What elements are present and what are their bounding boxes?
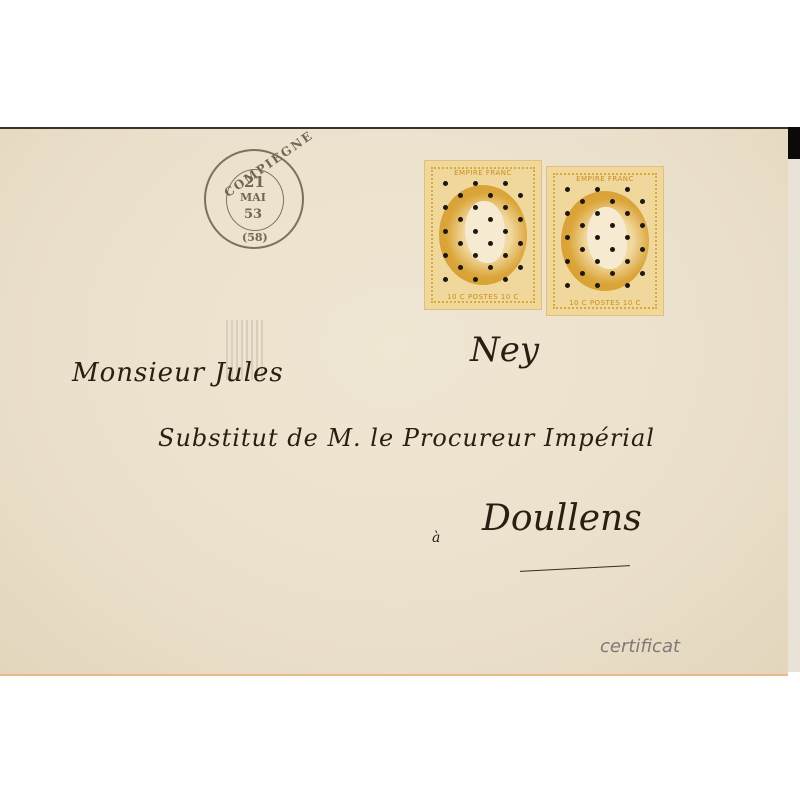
cancel-dot bbox=[458, 193, 463, 198]
cancel-dot bbox=[625, 187, 630, 192]
address-name: Ney bbox=[470, 330, 539, 370]
cancel-dot bbox=[595, 283, 600, 288]
cancel-dot bbox=[580, 199, 585, 204]
cancel-dot bbox=[640, 271, 645, 276]
cancel-dot bbox=[580, 223, 585, 228]
dotted-cancel bbox=[547, 167, 663, 315]
cancel-dot bbox=[443, 229, 448, 234]
cancel-dot bbox=[473, 205, 478, 210]
pencil-note: certificat bbox=[600, 636, 680, 657]
cancel-dot bbox=[640, 199, 645, 204]
cancel-dot bbox=[503, 181, 508, 186]
cancel-dot bbox=[640, 223, 645, 228]
cancel-dot bbox=[443, 181, 448, 186]
cancel-dot bbox=[458, 217, 463, 222]
cancel-dot bbox=[488, 217, 493, 222]
stamp: EMPIRE FRANC 10 C POSTES 10 C bbox=[424, 160, 542, 310]
cancel-dot bbox=[580, 271, 585, 276]
cancel-dot bbox=[610, 271, 615, 276]
address-line-1: Monsieur Jules bbox=[72, 358, 284, 388]
cancel-dot bbox=[565, 235, 570, 240]
postmark-day: 21 bbox=[244, 173, 265, 191]
cancel-dot bbox=[595, 187, 600, 192]
cancel-dot bbox=[610, 199, 615, 204]
cancel-dot bbox=[503, 253, 508, 258]
cancel-dot bbox=[458, 241, 463, 246]
cancel-dot bbox=[473, 181, 478, 186]
cancel-dot bbox=[473, 277, 478, 282]
background-corner bbox=[788, 127, 800, 159]
cancel-dot bbox=[565, 259, 570, 264]
cancel-dot bbox=[595, 211, 600, 216]
dotted-cancel bbox=[425, 161, 541, 309]
cancel-dot bbox=[488, 193, 493, 198]
address-prefix: à bbox=[432, 530, 440, 546]
cancel-dot bbox=[488, 265, 493, 270]
cancel-dot bbox=[595, 235, 600, 240]
cancel-dot bbox=[443, 205, 448, 210]
cancel-dot bbox=[625, 235, 630, 240]
cancel-dot bbox=[565, 283, 570, 288]
envelope-edge bbox=[788, 127, 800, 672]
cancel-dot bbox=[503, 205, 508, 210]
address-line-2: Substitut de M. le Procureur Impérial bbox=[158, 424, 655, 452]
cancel-dot bbox=[443, 253, 448, 258]
postmark-dept: (58) bbox=[242, 231, 268, 244]
cancel-dot bbox=[503, 277, 508, 282]
cancel-dot bbox=[473, 229, 478, 234]
cancel-dot bbox=[473, 253, 478, 258]
stamp-pair: EMPIRE FRANC 10 C POSTES 10 C EMPIRE FRA… bbox=[424, 160, 668, 310]
cancel-dot bbox=[625, 283, 630, 288]
cancel-dot bbox=[580, 247, 585, 252]
envelope bbox=[0, 127, 788, 676]
cancel-dot bbox=[518, 193, 523, 198]
address-city: Doullens bbox=[482, 498, 642, 539]
cancel-dot bbox=[565, 187, 570, 192]
cancel-dot bbox=[518, 217, 523, 222]
cancel-dot bbox=[625, 259, 630, 264]
cancel-dot bbox=[488, 241, 493, 246]
cancel-dot bbox=[443, 277, 448, 282]
cancel-dot bbox=[565, 211, 570, 216]
cancel-dot bbox=[518, 265, 523, 270]
cancel-dot bbox=[518, 241, 523, 246]
stamp: EMPIRE FRANC 10 C POSTES 10 C bbox=[546, 166, 664, 316]
cancel-dot bbox=[595, 259, 600, 264]
postmark-cancel: COMPIEGNE 21 MAI 53 (58) bbox=[204, 149, 304, 249]
postmark-month: MAI bbox=[240, 191, 266, 204]
cancel-dot bbox=[625, 211, 630, 216]
cancel-dot bbox=[458, 265, 463, 270]
cancel-dot bbox=[640, 247, 645, 252]
postmark-year: 53 bbox=[244, 207, 262, 222]
cancel-dot bbox=[610, 223, 615, 228]
cancel-dot bbox=[503, 229, 508, 234]
cancel-dot bbox=[610, 247, 615, 252]
